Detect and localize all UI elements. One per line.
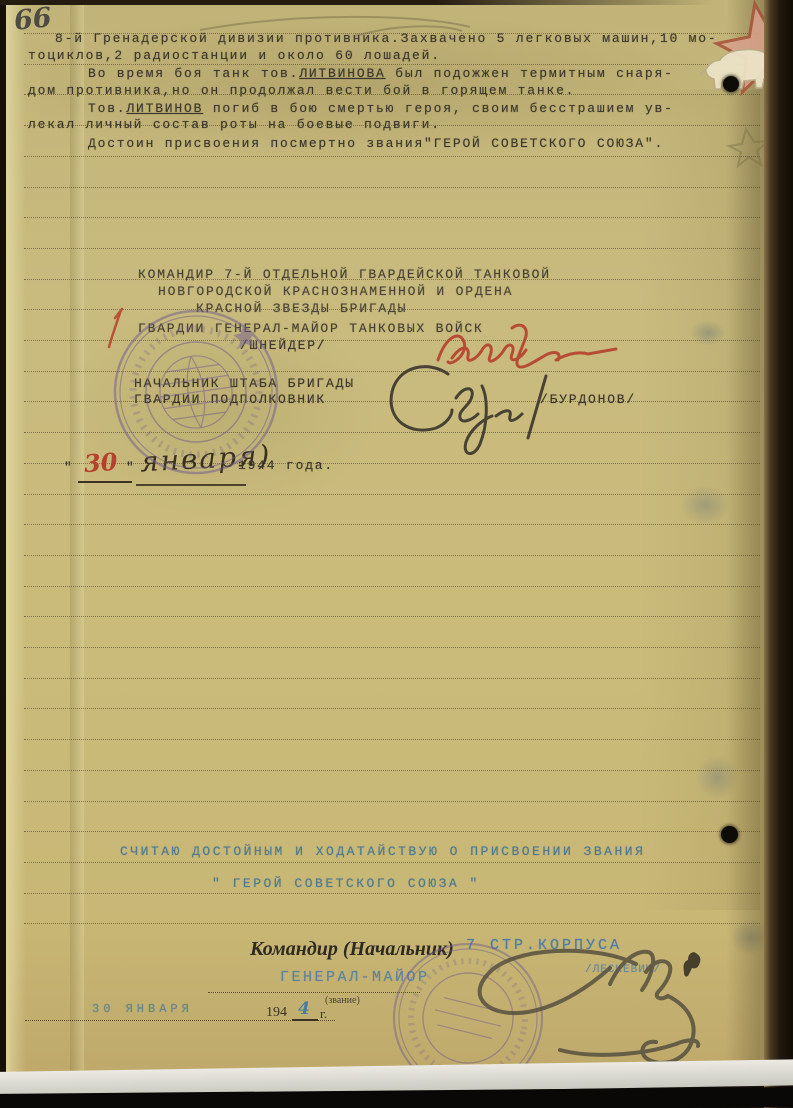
- corps-designation: 7 СТР.КОРПУСА: [466, 937, 622, 954]
- ruled-line: [24, 708, 760, 709]
- rank-underline: [208, 992, 420, 993]
- ruled-line: [24, 831, 760, 832]
- ruled-line: [24, 862, 760, 863]
- citation-line: Во время боя танк тов.ЛИТВИНОВА был подо…: [88, 66, 674, 81]
- left-edge: [0, 0, 6, 1108]
- brigade-title-line: КОМАНДИР 7-Й ОТДЕЛЬНОЙ ГВАРДЕЙСКОЙ ТАНКО…: [138, 267, 551, 282]
- quote-mark: ": [64, 460, 74, 475]
- ruled-line: [24, 678, 760, 679]
- citation-line: Достоин присвоения посмертно звания"ГЕРО…: [88, 136, 664, 151]
- brigade-title-line: НОВГОРОДСКОЙ КРАСНОЗНАМЕННОЙ И ОРДЕНА: [158, 284, 513, 299]
- ruled-line: [24, 616, 760, 617]
- ruled-line: [24, 923, 760, 924]
- citation-text: Тов.: [88, 101, 126, 116]
- page-number: 66: [12, 2, 53, 37]
- year-prefix: 194: [266, 1005, 287, 1021]
- endorsement-line: " ГЕРОЙ СОВЕТСКОГО СОЮЗА ": [212, 876, 480, 891]
- endorsement-line: СЧИТАЮ ДОСТОЙНЫМ И ХОДАТАЙСТВУЮ О ПРИСВО…: [120, 844, 645, 859]
- ruled-line: [24, 494, 760, 495]
- ruled-line: [24, 555, 760, 556]
- typed-year: 1944 года.: [238, 458, 334, 473]
- month-underline: [136, 484, 246, 486]
- handwritten-day: 30: [83, 447, 118, 478]
- hero-name-underlined: ЛИТВИНОВА: [299, 66, 385, 81]
- ruled-line: [24, 647, 760, 648]
- document-scan: 66 8-й Гренадерской дивизии противника.З…: [0, 0, 793, 1108]
- ruled-line: [24, 586, 760, 587]
- chief-of-staff-name: /БУРДОНОВ/: [540, 392, 636, 407]
- document-page: [6, 0, 766, 1080]
- ruled-line: [24, 739, 760, 740]
- ruled-line: [24, 248, 760, 249]
- ruled-line: [24, 371, 760, 372]
- punch-hole: [721, 826, 738, 843]
- printed-commander-label: Командир (Начальник): [250, 938, 454, 961]
- handwritten-year-digit: 4: [298, 999, 310, 1019]
- hero-name-underlined: ЛИТВИНОВ: [126, 101, 203, 116]
- citation-line: тоциклов,2 радиостанции и около 60 лошад…: [28, 48, 441, 63]
- ruled-line: [24, 801, 760, 802]
- ruled-line: [24, 340, 760, 341]
- ruled-line: [24, 893, 760, 894]
- brigade-rank-line: ГВАРДИИ ГЕНЕРАЛ-МАЙОР ТАНКОВЫХ ВОЙСК: [138, 321, 484, 336]
- ruled-line: [24, 187, 760, 188]
- paper-crease: [70, 0, 84, 1080]
- punch-hole: [723, 76, 739, 92]
- year-digit-underline: [292, 1019, 318, 1021]
- corps-commander-rank: ГЕНЕРАЛ-МАЙОР: [280, 969, 430, 986]
- chief-of-staff-line: НАЧАЛЬНИК ШТАБА БРИГАДЫ: [134, 376, 355, 391]
- citation-line: 8-й Гренадерской дивизии противника.Захв…: [55, 31, 718, 46]
- quote-mark: ": [126, 460, 136, 475]
- corps-commander-name: /ЛЕСКЕВИЧ/: [585, 964, 661, 976]
- ruled-line: [24, 524, 760, 525]
- signing-date: 30 ЯНВАРЯ: [92, 1002, 193, 1016]
- ruled-line: [24, 64, 760, 65]
- citation-line: Тов.ЛИТВИНОВ погиб в бою смертью героя, …: [88, 101, 674, 116]
- citation-text: погиб в бою смертью героя, своим бесстра…: [203, 101, 673, 116]
- binding-edge: [764, 0, 793, 1108]
- day-underline: [78, 481, 132, 483]
- chief-of-staff-line: ГВАРДИИ ПОДПОЛКОВНИК: [134, 392, 326, 407]
- ruled-line: [24, 770, 760, 771]
- rank-caption: (звание): [325, 995, 360, 1006]
- citation-text: был подожжен термитным снаря-: [386, 66, 674, 81]
- ruled-line: [24, 432, 760, 433]
- citation-line: лекал личный состав роты на боевые подви…: [28, 117, 441, 132]
- citation-line: дом противника,но он продолжал вести бой…: [28, 83, 575, 98]
- brigade-commander-name: /ШНЕЙДЕР/: [240, 338, 326, 353]
- brigade-title-line: КРАСНОЙ ЗВЕЗДЫ БРИГАДЫ: [196, 301, 407, 316]
- citation-text: Во время боя танк тов.: [88, 66, 299, 81]
- page-edge-shadow: [726, 0, 764, 1108]
- top-edge: [0, 0, 793, 5]
- year-suffix: г.: [320, 1006, 327, 1022]
- ruled-line: [24, 217, 760, 218]
- ruled-line: [24, 156, 760, 157]
- paper-edge-highlight: [6, 0, 26, 1080]
- date-underline: [25, 1020, 335, 1021]
